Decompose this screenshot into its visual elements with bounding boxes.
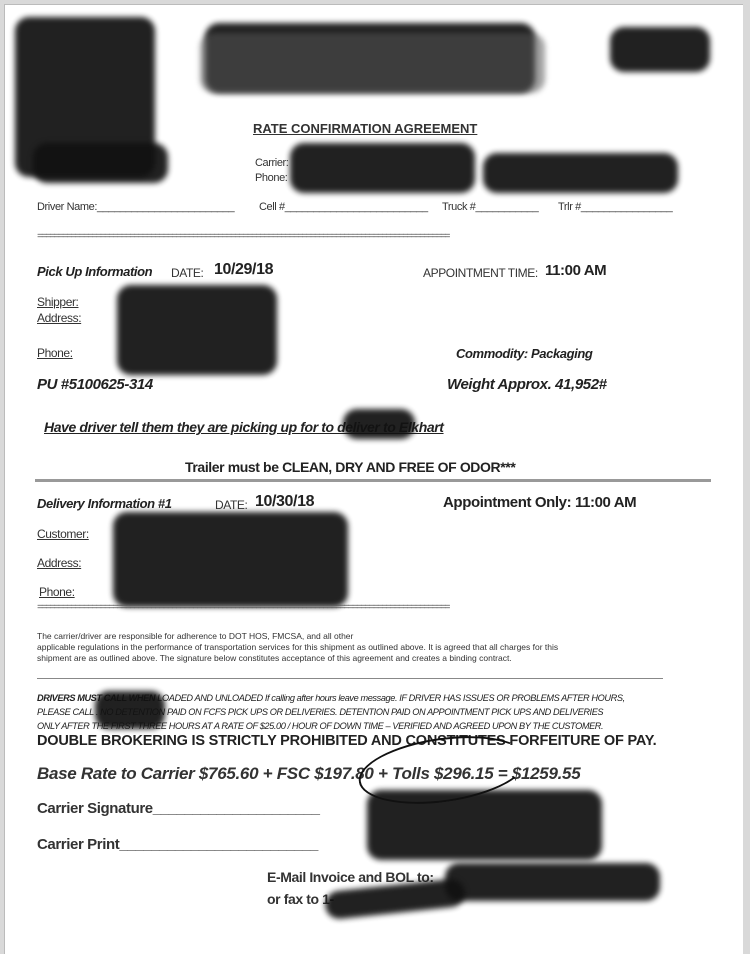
delivery-appt: Appointment Only: 11:00 AM <box>443 494 636 511</box>
redaction-dispatcher-info <box>483 153 678 193</box>
redaction-driver-note <box>343 409 415 439</box>
shipper-phone-label: Phone: <box>37 346 73 360</box>
pickup-date: 10/29/18 <box>214 261 273 279</box>
weight: Weight Approx. 41,952# <box>447 376 607 393</box>
customer-phone-label: Phone: <box>39 585 75 599</box>
terms-rule <box>37 678 663 679</box>
pickup-appt-time: 11:00 AM <box>545 262 606 279</box>
delivery-heading: Delivery Information #1 <box>37 496 172 511</box>
trlr-field[interactable]: Trlr #________________ <box>558 201 672 213</box>
pickup-appt-label: APPOINTMENT TIME: <box>423 266 538 280</box>
terms-line-2: applicable regulations in the performanc… <box>37 642 558 653</box>
pu-number: PU #5100625-314 <box>37 376 153 393</box>
cell-field[interactable]: Cell #_________________________ <box>259 201 428 213</box>
redaction-email <box>445 863 660 901</box>
redaction-shipper-info <box>117 285 277 375</box>
redaction-company-header-edge <box>200 33 545 93</box>
pickup-date-label: DATE: <box>171 266 203 280</box>
driver-name-field[interactable]: Driver Name:________________________ <box>37 201 234 213</box>
commodity: Commodity: Packaging <box>456 346 592 361</box>
redaction-phone <box>95 691 165 729</box>
double-brokering-notice: DOUBLE BROKERING IS STRICTLY PROHIBITED … <box>37 733 657 749</box>
document-title: RATE CONFIRMATION AGREEMENT <box>253 121 477 136</box>
delivery-date-label: DATE: <box>215 498 247 512</box>
trailer-note: Trailer must be CLEAN, DRY AND FREE OF O… <box>185 459 515 475</box>
shipper-address-label: Address: <box>37 311 81 325</box>
redaction-carrier-info <box>290 143 475 193</box>
terms-line-1: The carrier/driver are responsible for a… <box>37 631 353 642</box>
redaction-rsc-signature <box>367 790 602 860</box>
carrier-phone-label: Phone: <box>255 172 287 184</box>
redaction-reference <box>33 143 168 183</box>
customer-address-label: Address: <box>37 556 81 570</box>
customer-label: Customer: <box>37 527 89 541</box>
separator-2: ========================================… <box>37 603 705 614</box>
carrier-print-field[interactable]: Carrier Print_________________________ <box>37 836 318 853</box>
document-page: RATE CONFIRMATION AGREEMENT Carrier: Pho… <box>4 4 743 953</box>
terms-line-3: shipment are as outlined above. The sign… <box>37 653 512 664</box>
section-rule <box>35 479 711 482</box>
carrier-label: Carrier: <box>255 157 288 169</box>
shipper-label: Shipper: <box>37 295 79 309</box>
pickup-heading: Pick Up Information <box>37 264 152 279</box>
carrier-signature-field[interactable]: Carrier Signature_____________________ <box>37 800 320 817</box>
truck-field[interactable]: Truck #___________ <box>442 201 538 213</box>
redaction-load-number <box>610 27 710 72</box>
fax-number: or fax to 1- <box>267 891 334 907</box>
delivery-date: 10/30/18 <box>255 493 314 511</box>
redaction-customer-info <box>113 512 348 607</box>
warning-line-1-text: LOADED AND UNLOADED If calling after hou… <box>155 693 625 703</box>
separator: ========================================… <box>37 232 705 243</box>
